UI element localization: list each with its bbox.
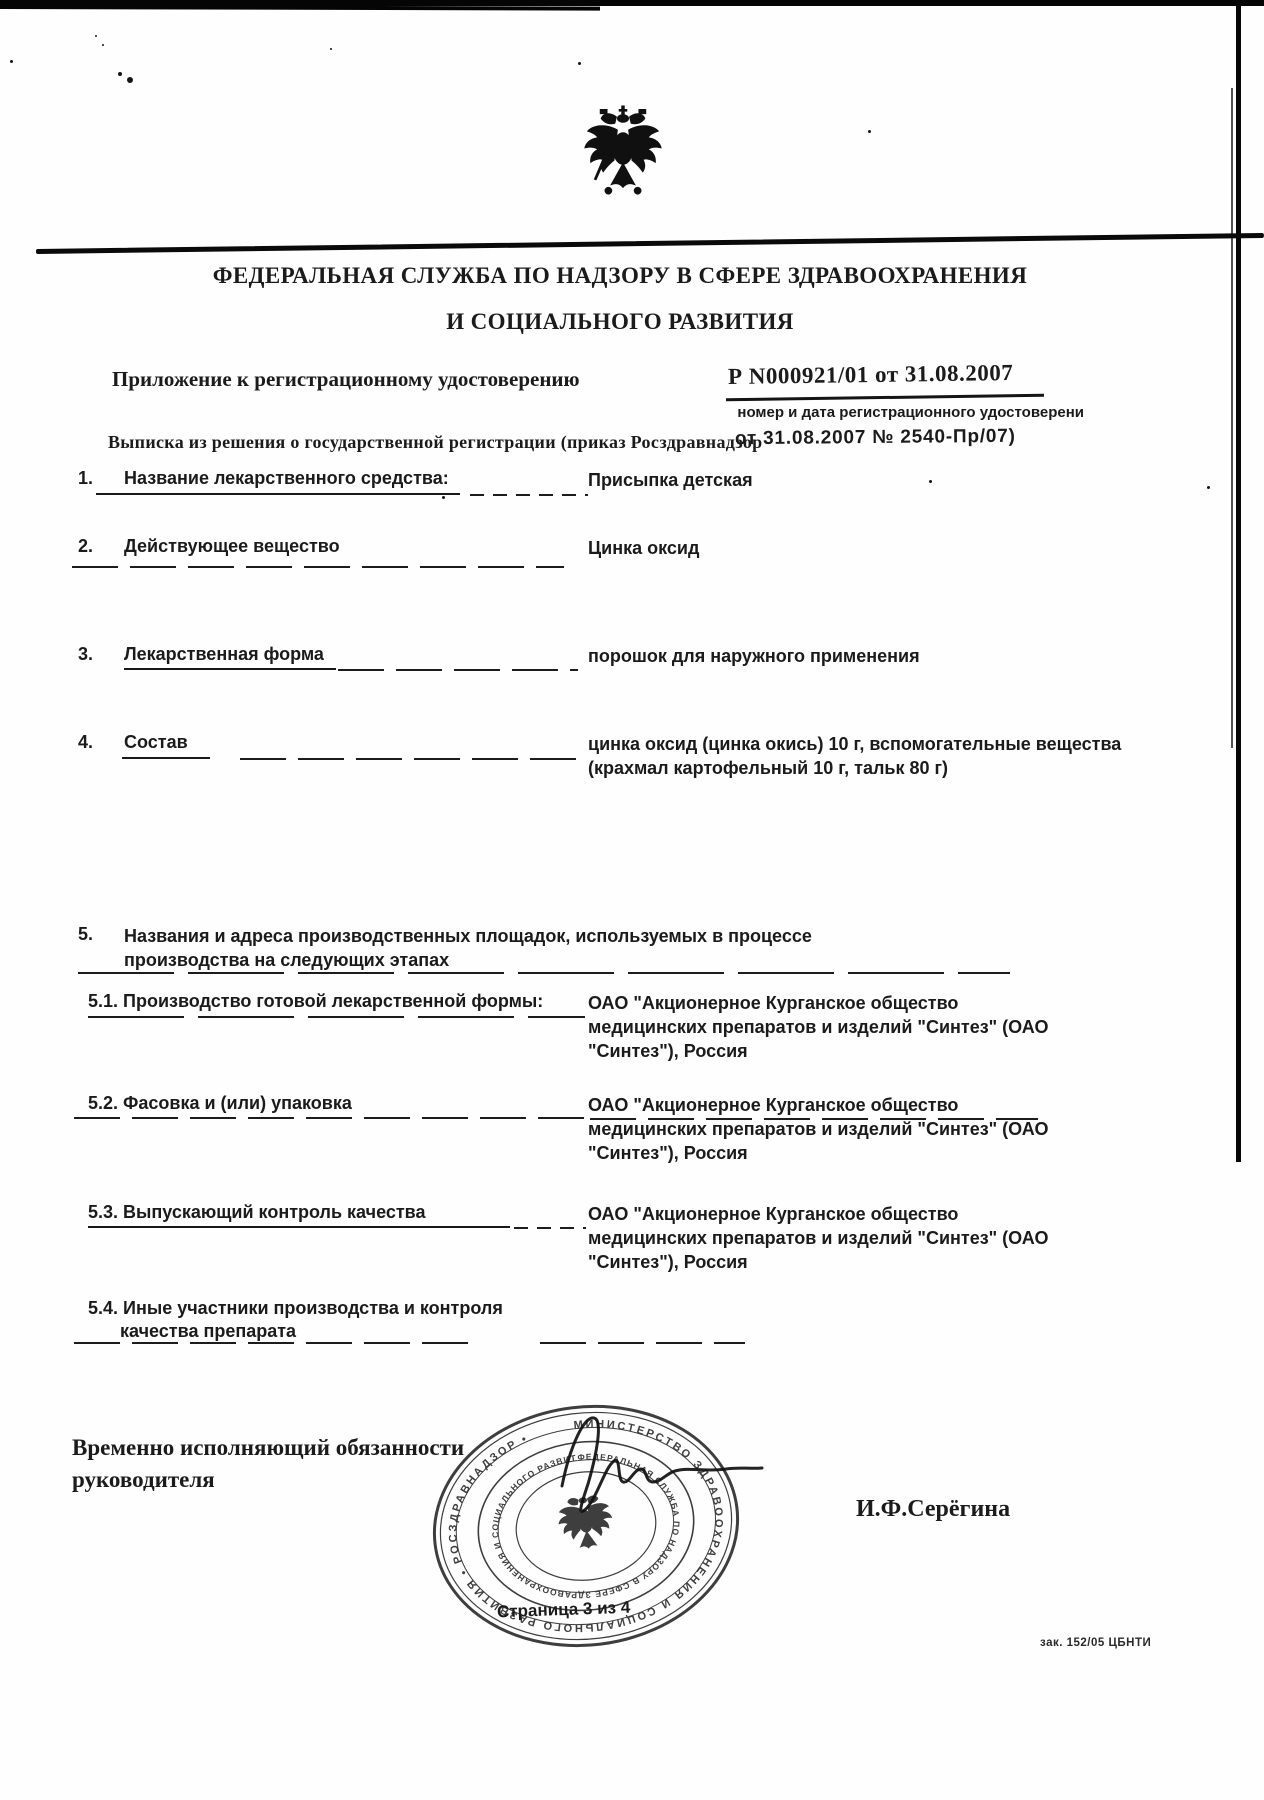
certificate-number-caption: номер и дата регистрационного удостовере… (700, 404, 1084, 421)
item-5-underline (78, 972, 1010, 974)
item-1-number: 1. (78, 468, 93, 489)
scan-speck (118, 72, 122, 76)
header-separator-rule (36, 233, 1264, 254)
coat-of-arms-eagle-icon (580, 103, 666, 201)
subitem-5-2-label: 5.2. Фасовка и (или) упаковка (88, 1093, 588, 1114)
subitem-5-3-underline (88, 1226, 510, 1228)
subitem-5-1-label: 5.1. Производство готовой лекарственной … (88, 991, 588, 1012)
scan-speck (868, 130, 871, 133)
subitem-5-2-value-underline (590, 1118, 1038, 1120)
annex-label: Приложение к регистрационному удостовере… (112, 367, 580, 392)
scan-speck (10, 60, 13, 63)
certificate-number: Р N000921/01 от 31.08.2007 (728, 360, 1014, 390)
scan-speck (1207, 486, 1210, 489)
scan-speck (127, 77, 133, 83)
scanned-certificate-page: ФЕДЕРАЛЬНАЯ СЛУЖБА ПО НАДЗОРУ В СФЕРЕ ЗД… (0, 0, 1264, 1800)
subitem-5-1-value: ОАО "Акционерное Курганское общество мед… (588, 991, 1058, 1063)
extract-order-number: от 31.08.2007 № 2540-Пр/07) (735, 426, 1016, 450)
extract-statement: Выписка из решения о государственной рег… (108, 432, 762, 453)
subitem-5-4-underline (74, 1342, 472, 1344)
signatory-post-line2: руководителя (72, 1467, 215, 1493)
subitem-5-4-underline-2 (540, 1342, 745, 1344)
item-5-label: Названия и адреса производственных площа… (124, 924, 824, 972)
item-1-underline (96, 493, 460, 495)
item-3-underline (124, 668, 336, 670)
item-4-label: Состав (124, 732, 188, 753)
subitem-5-1-underline (88, 1016, 585, 1018)
subitem-5-4-label: 5.4. Иные участники производства и контр… (88, 1297, 520, 1343)
signatory-name: И.Ф.Серёгина (856, 1496, 1010, 1523)
item-3-value: порошок для наружного применения (588, 644, 1148, 668)
item-4-underline-dashes (240, 758, 586, 760)
agency-name-line2: И СОЦИАЛЬНОГО РАЗВИТИЯ (0, 309, 1240, 335)
subitem-5-3-label: 5.3. Выпускающий контроль качества (88, 1202, 588, 1223)
item-4-value: цинка оксид (цинка окись) 10 г, вспомога… (588, 732, 1148, 780)
scan-speck (330, 48, 332, 50)
scan-speck (95, 35, 97, 37)
signatory-post-line1: Временно исполняющий обязанности (72, 1435, 464, 1461)
scan-artifact-right-line-thin (1231, 88, 1233, 748)
item-2-label: Действующее вещество (124, 536, 340, 557)
item-4-underline (122, 757, 210, 759)
item-4-number: 4. (78, 732, 93, 753)
item-2-number: 2. (78, 536, 93, 557)
scan-speck (102, 44, 104, 46)
item-3-label: Лекарственная форма (124, 644, 324, 665)
certificate-number-underline (726, 394, 1044, 402)
scan-artifact-top-line-2 (0, 5, 600, 11)
subitem-5-3-underline-dashes (514, 1227, 586, 1229)
subitem-5-3-value: ОАО "Акционерное Курганское общество мед… (588, 1202, 1058, 1274)
item-2-value: Цинка оксид (588, 536, 1148, 560)
item-5-number: 5. (78, 924, 93, 945)
item-1-value: Присыпка детская (588, 468, 1148, 492)
subitem-5-2-underline (74, 1117, 586, 1119)
subitem-5-2-value: ОАО "Акционерное Курганское общество мед… (588, 1093, 1058, 1165)
agency-name-line1: ФЕДЕРАЛЬНАЯ СЛУЖБА ПО НАДЗОРУ В СФЕРЕ ЗД… (0, 263, 1240, 289)
scan-speck (578, 62, 581, 65)
scan-speck (442, 496, 445, 499)
item-1-underline-dashes (470, 494, 588, 496)
item-1-label: Название лекарственного средства: (124, 468, 449, 489)
scan-artifact-right-line (1236, 0, 1241, 1162)
print-order-note: зак. 152/05 ЦБНТИ (1040, 1637, 1151, 1649)
handwritten-signature (540, 1398, 770, 1528)
item-2-underline (72, 566, 564, 568)
item-3-underline-dashes (338, 669, 578, 671)
item-3-number: 3. (78, 644, 93, 665)
